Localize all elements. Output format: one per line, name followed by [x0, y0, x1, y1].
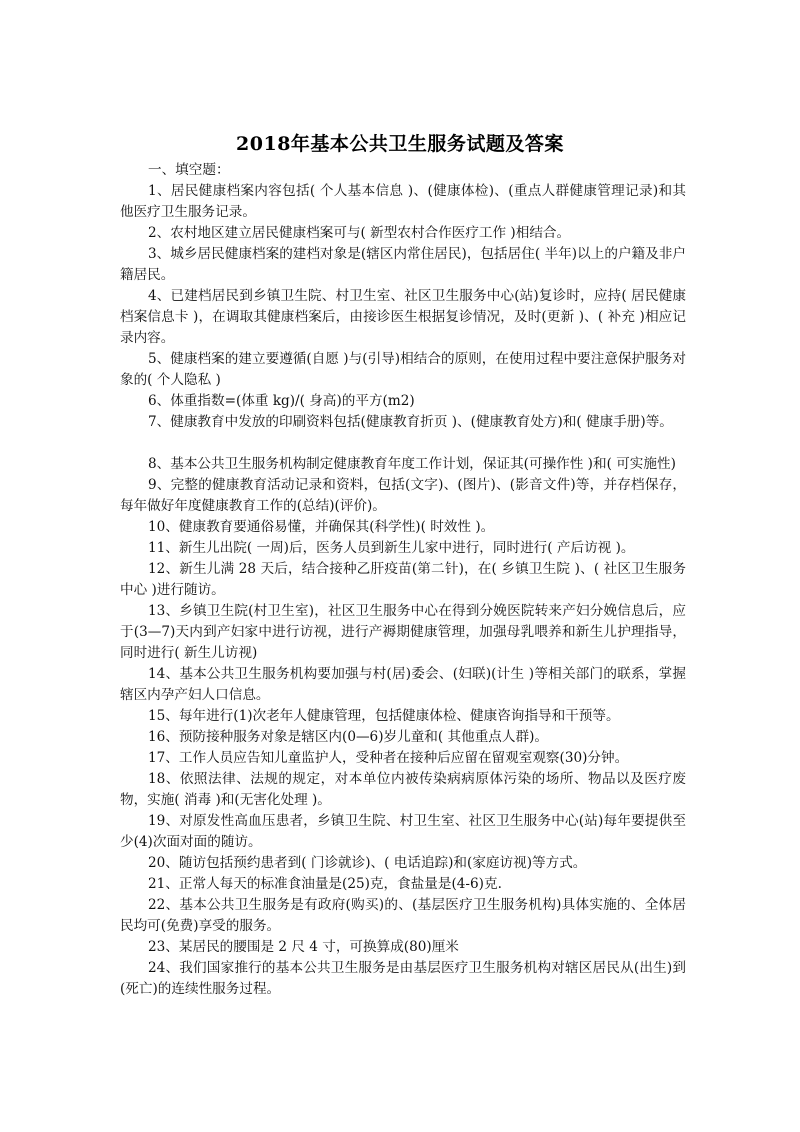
- question-23: 23、某居民的腰围是 2 尺 4 寸，可换算成(80)厘米: [120, 937, 686, 958]
- blank-line: [120, 433, 686, 454]
- question-20: 20、随访包括预约患者到( 门诊就诊)、( 电话追踪)和(家庭访视)等方式。: [120, 853, 686, 874]
- question-3: 3、城乡居民健康档案的建档对象是(辖区内常住居民)，包括居住( 半年)以上的户籍…: [120, 244, 686, 286]
- question-14: 14、基本公共卫生服务机构要加强与村(居)委会、(妇联)(计生 )等相关部门的联…: [120, 664, 686, 706]
- question-7: 7、健康教育中发放的印刷资料包括(健康教育折页 )、(健康教育处方)和( 健康手…: [120, 412, 686, 433]
- question-18: 18、依照法律、法规的规定，对本单位内被传染病病原体污染的场所、物品以及医疗废物…: [120, 769, 686, 811]
- question-15: 15、每年进行(1)次老年人健康管理，包括健康体检、健康咨询指导和干预等。: [120, 706, 686, 727]
- question-6: 6、体重指数=(体重 kg)/( 身高)的平方(m2): [120, 391, 686, 412]
- question-17: 17、工作人员应告知儿童监护人，受种者在接种后应留在留观室观察(30)分钟。: [120, 748, 686, 769]
- question-2: 2、农村地区建立居民健康档案可与( 新型农村合作医疗工作 )相结合。: [120, 223, 686, 244]
- document-page: 2018年基本公共卫生服务试题及答案 一、填空题： 1、居民健康档案内容包括( …: [0, 0, 800, 1132]
- question-1: 1、居民健康档案内容包括( 个人基本信息 )、(健康体检)、(重点人群健康管理记…: [120, 181, 686, 223]
- question-8: 8、基本公共卫生服务机构制定健康教育年度工作计划，保证其(可操作性 )和( 可实…: [120, 454, 686, 475]
- question-9: 9、完整的健康教育活动记录和资料，包括(文字)、(图片)、(影音文件)等，并存档…: [120, 475, 686, 517]
- question-19: 19、对原发性高血压患者，乡镇卫生院、村卫生室、社区卫生服务中心(站)每年要提供…: [120, 811, 686, 853]
- question-21: 21、正常人每天的标准食油量是(25)克，食盐量是(4-6)克.: [120, 874, 686, 895]
- question-4: 4、已建档居民到乡镇卫生院、村卫生室、社区卫生服务中心(站)复诊时，应持( 居民…: [120, 286, 686, 349]
- question-24: 24、我们国家推行的基本公共卫生服务是由基层医疗卫生服务机构对辖区居民从(出生)…: [120, 958, 686, 1000]
- question-22: 22、基本公共卫生服务是有政府(购买)的、(基层医疗卫生服务机构)具体实施的、全…: [120, 895, 686, 937]
- document-title: 2018年基本公共卫生服务试题及答案: [0, 129, 800, 156]
- document-body: 一、填空题： 1、居民健康档案内容包括( 个人基本信息 )、(健康体检)、(重点…: [120, 160, 686, 1000]
- question-16: 16、预防接种服务对象是辖区内(0—6)岁儿童和( 其他重点人群)。: [120, 727, 686, 748]
- question-11: 11、新生儿出院( 一周)后，医务人员到新生儿家中进行，同时进行( 产后访视 )…: [120, 538, 686, 559]
- question-13: 13、乡镇卫生院(村卫生室)，社区卫生服务中心在得到分娩医院转来产妇分娩信息后，…: [120, 601, 686, 664]
- question-5: 5、健康档案的建立要遵循(自愿 )与(引导)相结合的原则，在使用过程中要注意保护…: [120, 349, 686, 391]
- section-heading: 一、填空题：: [120, 160, 686, 181]
- question-12: 12、新生儿满 28 天后，结合接种乙肝疫苗(第二针)，在( 乡镇卫生院 )、(…: [120, 559, 686, 601]
- question-10: 10、健康教育要通俗易懂，并确保其(科学性)( 时效性 )。: [120, 517, 686, 538]
